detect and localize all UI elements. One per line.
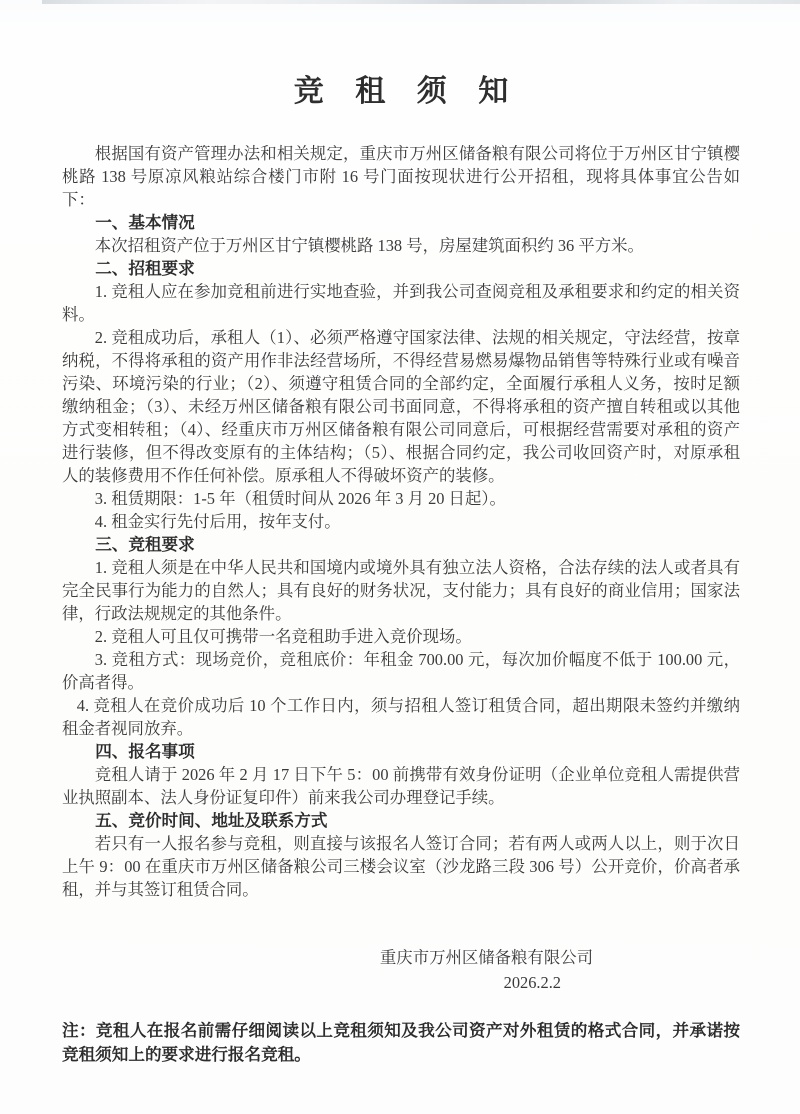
document-page: 竞租须知 根据国有资产管理办法和相关规定，重庆市万州区储备粮有限公司将位于万州区… (0, 0, 800, 1114)
section-4-heading: 四、报名事项 (62, 740, 740, 763)
section-2-para-4: 4. 租金实行先付后用，按年支付。 (62, 510, 740, 533)
section-5-para-1: 若只有一人报名参与竞租，则直接与该报名人签订合同；若有两人或两人以上，则于次日上… (62, 832, 740, 901)
signature-date: 2026.2.2 (62, 970, 740, 995)
section-4-para-1: 竞租人请于 2026 年 2 月 17 日下午 5：00 前携带有效身份证明（企… (62, 763, 740, 809)
section-5-heading: 五、竞价时间、地址及联系方式 (62, 809, 740, 832)
scan-artifact-top-edge (42, 0, 800, 4)
section-3-heading: 三、竞租要求 (62, 533, 740, 556)
footer-note: 注：竞租人在报名前需仔细阅读以上竞租须知及我公司资产对外租赁的格式合同，并承诺按… (62, 1019, 740, 1066)
signature-company: 重庆市万州区储备粮有限公司 (62, 945, 740, 970)
section-3-para-3: 3. 竞租方式：现场竞价，竞租底价：年租金 700.00 元，每次加价幅度不低于… (62, 648, 740, 694)
intro-paragraph: 根据国有资产管理办法和相关规定，重庆市万州区储备粮有限公司将位于万州区甘宁镇樱桃… (62, 142, 740, 211)
section-2-para-1: 1. 竞租人应在参加竞租前进行实地查验，并到我公司查阅竞租及承租要求和约定的相关… (62, 280, 740, 326)
section-1-para-1: 本次招租资产位于万州区甘宁镇樱桃路 138 号，房屋建筑面积约 36 平方米。 (62, 234, 740, 257)
section-3-para-2: 2. 竞租人可且仅可携带一名竞租助手进入竞价现场。 (62, 625, 740, 648)
section-2-heading: 二、招租要求 (62, 257, 740, 280)
section-2-para-2: 2. 竞租成功后，承租人（1）、必须严格遵守国家法律、法规的相关规定，守法经营，… (62, 326, 740, 487)
section-2-para-3: 3. 租赁期限：1-5 年（租赁时间从 2026 年 3 月 20 日起）。 (62, 487, 740, 510)
section-3-para-1: 1. 竞租人须是在中华人民共和国境内或境外具有独立法人资格，合法存续的法人或者具… (62, 556, 740, 625)
signature-block: 重庆市万州区储备粮有限公司 2026.2.2 (62, 945, 740, 995)
document-title: 竞租须知 (62, 72, 740, 112)
section-3-para-4: 4. 竞租人在竞价成功后 10 个工作日内，须与招租人签订租赁合同，超出期限未签… (62, 694, 740, 740)
section-1-heading: 一、基本情况 (62, 211, 740, 234)
